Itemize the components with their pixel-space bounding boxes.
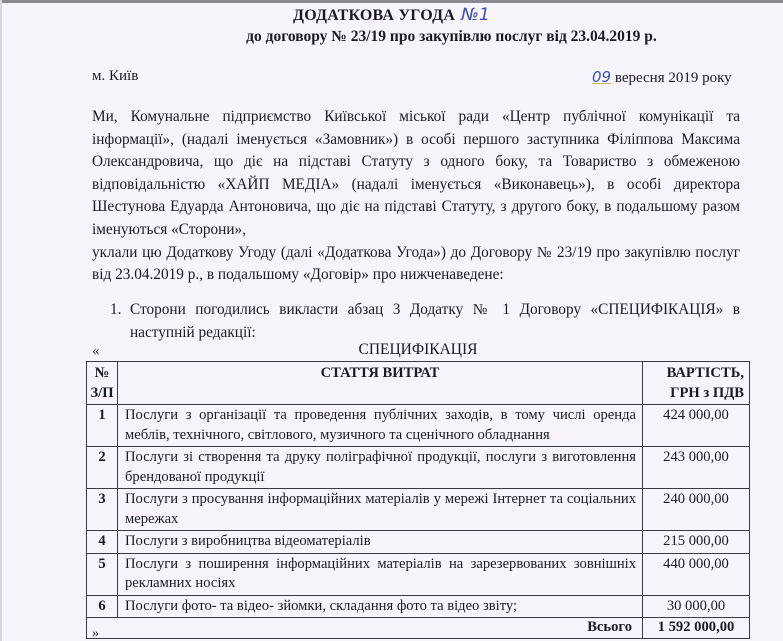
column-header-cost: ВАРТІСТЬ, ГРН з ПДВ — [643, 362, 750, 405]
row-item: Послуги зі створення та друку поліграфіч… — [118, 447, 643, 489]
table-row: 3 Послуги з просування інформаційних мат… — [87, 489, 750, 531]
row-cost: 240 000,00 — [643, 489, 750, 531]
specification-title: СПЕЦИФІКАЦІЯ — [338, 341, 498, 359]
table-row: 2 Послуги зі створення та друку поліграф… — [87, 447, 750, 489]
row-num: 4 — [87, 531, 118, 554]
title-text: ДОДАТКОВА УГОДА — [293, 7, 455, 24]
row-cost: 215 000,00 — [643, 531, 750, 554]
document-subtitle: до договору № 23/19 про закупівлю послуг… — [0, 28, 783, 46]
quote-close: » — [92, 626, 99, 641]
total-row: Всього 1 592 000,00 — [87, 618, 750, 639]
row-item: Послуги фото- та відео- зйомки, складанн… — [118, 595, 643, 618]
row-num: 5 — [87, 553, 118, 595]
row-item: Послуги з поширення інформаційних матері… — [118, 553, 643, 595]
clause-1: 1. Сторони погодились викласти абзац 3 Д… — [110, 299, 740, 344]
table-row: 5 Послуги з поширення інформаційних мате… — [87, 553, 750, 595]
clause-text: Сторони погодились викласти абзац 3 Дода… — [130, 299, 740, 344]
document-title: ДОДАТКОВА УГОДА№1 — [0, 5, 783, 25]
row-cost: 243 000,00 — [643, 447, 750, 489]
row-cost: 424 000,00 — [643, 405, 750, 447]
preamble-paragraph-1: Ми, Комунальне підприємство Київської мі… — [92, 106, 740, 242]
scan-top-edge — [0, 0, 783, 3]
row-num: 3 — [87, 489, 118, 531]
total-value: 1 592 000,00 — [643, 618, 750, 639]
preamble: Ми, Комунальне підприємство Київської мі… — [92, 106, 740, 287]
row-item: Послуги з просування інформаційних матер… — [118, 489, 643, 531]
row-cost: 440 000,00 — [643, 553, 750, 595]
column-header-num: № З/П — [87, 362, 118, 405]
preamble-paragraph-2: уклали цю Додаткову Угоду (далі «Додатко… — [92, 242, 740, 287]
specification-table: № З/П СТАТТЯ ВИТРАТ ВАРТІСТЬ, ГРН з ПДВ … — [86, 361, 750, 639]
table-row: 6 Послуги фото- та відео- зйомки, склада… — [87, 595, 750, 618]
handwritten-number: №1 — [461, 5, 490, 25]
month-year: вересня 2019 року — [615, 70, 732, 86]
document-date: 09 вересня 2019 року — [592, 68, 732, 87]
total-label: Всього — [87, 618, 643, 639]
row-num: 1 — [87, 405, 118, 447]
table-row: 1 Послуги з організації та проведення пу… — [87, 405, 750, 447]
scan-left-edge — [0, 0, 2, 641]
row-num: 6 — [87, 595, 118, 618]
table-row: 4 Послуги з виробництва відеоматеріалів … — [87, 531, 750, 554]
row-item: Послуги з організації та проведення публ… — [118, 405, 643, 447]
table-header-row: № З/П СТАТТЯ ВИТРАТ ВАРТІСТЬ, ГРН з ПДВ — [87, 362, 750, 405]
row-num: 2 — [87, 447, 118, 489]
clause-number: 1. — [110, 299, 130, 344]
handwritten-day: 09 — [592, 68, 611, 86]
column-header-item: СТАТТЯ ВИТРАТ — [118, 362, 643, 405]
quote-open: « — [92, 343, 100, 360]
city: м. Київ — [92, 68, 138, 85]
row-cost: 30 000,00 — [643, 595, 750, 618]
row-item: Послуги з виробництва відеоматеріалів — [118, 531, 643, 554]
